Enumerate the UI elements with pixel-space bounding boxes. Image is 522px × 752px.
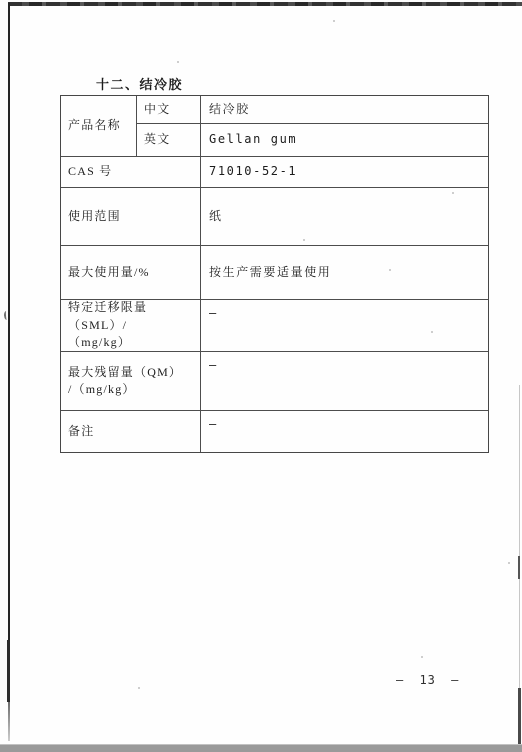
chinese-name-label-cell: 中文	[137, 96, 201, 124]
max-usage-label-cell: 最大使用量/%	[61, 246, 201, 300]
scan-speckle	[333, 20, 335, 22]
qm-residue-value-cell: —	[201, 352, 488, 411]
usage-scope-value-cell: 纸	[201, 188, 488, 246]
qm-residue-label-cell: 最大残留量（QM） /（mg/kg）	[61, 352, 201, 411]
sml-limit-value-cell: —	[201, 300, 488, 352]
remarks-value-cell: —	[201, 411, 488, 452]
scan-speckle	[138, 687, 140, 689]
scan-margin-mark	[4, 311, 10, 320]
section-title: 十二、结冷胶	[93, 74, 186, 96]
sml-limit-label-cell: 特定迁移限量（SML）/ （mg/kg）	[61, 300, 201, 352]
product-name-label-cell: 产品名称	[61, 96, 137, 157]
scan-left-edge-artifact	[8, 3, 10, 741]
scan-speckle	[508, 562, 510, 564]
chinese-name-value-cell: 结冷胶	[201, 96, 488, 124]
cas-number-value-cell: 71010-52-1	[201, 157, 488, 188]
remarks-label-cell: 备注	[61, 411, 201, 452]
usage-scope-label-cell: 使用范围	[61, 188, 201, 246]
substance-info-table: 产品名称 中文 结冷胶 英文 Gellan gum CAS 号 71010-52…	[60, 95, 489, 453]
scanned-document-page: 十二、结冷胶 产品名称 中文 结冷胶 英文 Gellan gum CAS 号 7…	[0, 0, 522, 752]
scan-right-edge-dark-segment	[518, 688, 521, 745]
english-name-label-cell: 英文	[137, 124, 201, 157]
english-name-value-cell: Gellan gum	[201, 124, 488, 157]
scan-right-edge-dark-segment	[518, 556, 520, 579]
scan-speckle	[177, 61, 179, 63]
scan-top-edge-artifact	[8, 2, 522, 6]
page-number: — 13 —	[396, 673, 459, 687]
scan-left-edge-dark-segment	[7, 640, 10, 702]
scan-speckle	[421, 656, 423, 658]
scan-bottom-edge-artifact	[0, 744, 522, 752]
max-usage-value-cell: 按生产需要适量使用	[201, 246, 488, 300]
cas-number-label-cell: CAS 号	[61, 157, 201, 188]
